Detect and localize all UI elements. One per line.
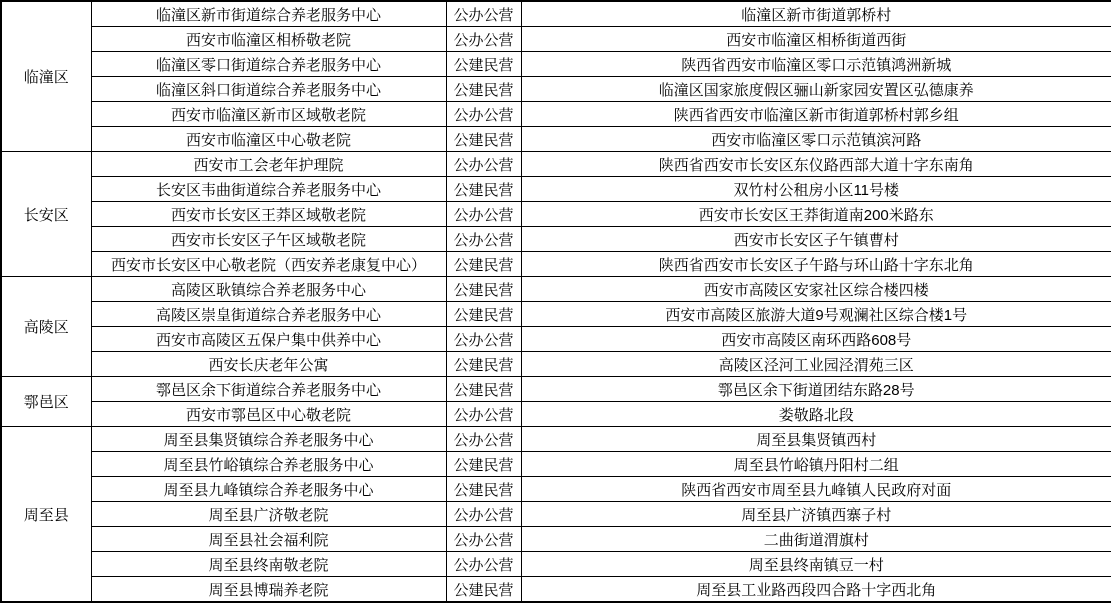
elder-care-table-sheet: 临潼区临潼区新市街道综合养老服务中心公办公营临潼区新市街道郭桥村西安市临潼区相桥…: [0, 0, 1111, 577]
ownership-type-cell: 公建民营: [446, 127, 521, 152]
ownership-type-cell: 公建民营: [446, 252, 521, 277]
ownership-type-cell: 公办公营: [446, 502, 521, 527]
ownership-type-cell: 公办公营: [446, 227, 521, 252]
facility-name-cell: 西安市临潼区中心敬老院: [91, 127, 446, 152]
facility-name-cell: 临潼区斜口街道综合养老服务中心: [91, 77, 446, 102]
address-cell: 高陵区泾河工业园泾渭苑三区: [521, 352, 1111, 377]
ownership-type-cell: 公建民营: [446, 77, 521, 102]
table-row: 周至县社会福利院公办公营二曲街道渭旗村: [1, 527, 1111, 552]
district-cell: 长安区: [1, 152, 91, 277]
address-cell: 二曲街道渭旗村: [521, 527, 1111, 552]
address-cell: 临潼区新市街道郭桥村: [521, 1, 1111, 27]
table-row: 周至县终南敬老院公办公营周至县终南镇豆一村: [1, 552, 1111, 577]
address-cell: 周至县广济镇西寨子村: [521, 502, 1111, 527]
address-cell: 临潼区国家旅度假区骊山新家园安置区弘德康养: [521, 77, 1111, 102]
facility-name-cell: 周至县竹峪镇综合养老服务中心: [91, 452, 446, 477]
ownership-type-cell: 公办公营: [446, 552, 521, 577]
table-row: 西安市长安区子午区域敬老院公办公营西安市长安区子午镇曹村: [1, 227, 1111, 252]
table-row: 西安市鄠邑区中心敬老院公办公营娄敬路北段: [1, 402, 1111, 427]
facility-name-cell: 西安市长安区中心敬老院（西安养老康复中心）: [91, 252, 446, 277]
facility-name-cell: 周至县社会福利院: [91, 527, 446, 552]
district-cell: 鄠邑区: [1, 377, 91, 427]
facility-name-cell: 长安区韦曲街道综合养老服务中心: [91, 177, 446, 202]
ownership-type-cell: 公办公营: [446, 102, 521, 127]
facility-name-cell: 临潼区零口街道综合养老服务中心: [91, 52, 446, 77]
ownership-type-cell: 公办公营: [446, 202, 521, 227]
facility-name-cell: 周至县九峰镇综合养老服务中心: [91, 477, 446, 502]
district-cell: 临潼区: [1, 1, 91, 152]
facility-name-cell: 周至县广济敬老院: [91, 502, 446, 527]
address-cell: 双竹村公租房小区11号楼: [521, 177, 1111, 202]
district-cell: 周至县: [1, 427, 91, 603]
table-row: 高陵区崇皇街道综合养老服务中心公建民营西安市高陵区旅游大道9号观澜社区综合楼1号: [1, 302, 1111, 327]
address-cell: 陕西省西安市临潼区新市街道郭桥村郭乡组: [521, 102, 1111, 127]
table-row: 西安市临潼区新市区域敬老院公办公营陕西省西安市临潼区新市街道郭桥村郭乡组: [1, 102, 1111, 127]
table-row: 临潼区斜口街道综合养老服务中心公建民营临潼区国家旅度假区骊山新家园安置区弘德康养: [1, 77, 1111, 102]
ownership-type-cell: 公办公营: [446, 427, 521, 452]
ownership-type-cell: 公建民营: [446, 177, 521, 202]
facility-name-cell: 周至县集贤镇综合养老服务中心: [91, 427, 446, 452]
facility-name-cell: 临潼区新市街道综合养老服务中心: [91, 1, 446, 27]
table-row: 周至县广济敬老院公办公营周至县广济镇西寨子村: [1, 502, 1111, 527]
ownership-type-cell: 公办公营: [446, 1, 521, 27]
table-body: 临潼区临潼区新市街道综合养老服务中心公办公营临潼区新市街道郭桥村西安市临潼区相桥…: [1, 1, 1111, 602]
table-row: 西安市长安区王莽区域敬老院公办公营西安市长安区王莽街道南200米路东: [1, 202, 1111, 227]
table-row: 长安区西安市工会老年护理院公办公营陕西省西安市长安区东仪路西部大道十字东南角: [1, 152, 1111, 177]
table-row: 周至县竹峪镇综合养老服务中心公建民营周至县竹峪镇丹阳村二组: [1, 452, 1111, 477]
address-cell: 西安市长安区子午镇曹村: [521, 227, 1111, 252]
facility-name-cell: 鄠邑区余下街道综合养老服务中心: [91, 377, 446, 402]
table-row: 西安市高陵区五保户集中供养中心公办公营西安市高陵区南环西路608号: [1, 327, 1111, 352]
ownership-type-cell: 公建民营: [446, 302, 521, 327]
facility-name-cell: 西安市长安区子午区域敬老院: [91, 227, 446, 252]
table-row: 周至县九峰镇综合养老服务中心公建民营陕西省西安市周至县九峰镇人民政府对面: [1, 477, 1111, 502]
table-row: 西安长庆老年公寓公建民营高陵区泾河工业园泾渭苑三区: [1, 352, 1111, 377]
address-cell: 西安市高陵区旅游大道9号观澜社区综合楼1号: [521, 302, 1111, 327]
address-cell: 陕西省西安市周至县九峰镇人民政府对面: [521, 477, 1111, 502]
ownership-type-cell: 公建民营: [446, 352, 521, 377]
address-cell: 鄠邑区余下街道团结东路28号: [521, 377, 1111, 402]
table-row: 高陵区高陵区耿镇综合养老服务中心公建民营西安市高陵区安家社区综合楼四楼: [1, 277, 1111, 302]
ownership-type-cell: 公建民营: [446, 477, 521, 502]
address-cell: 西安市临潼区零口示范镇滨河路: [521, 127, 1111, 152]
table-row: 鄠邑区鄠邑区余下街道综合养老服务中心公建民营鄠邑区余下街道团结东路28号: [1, 377, 1111, 402]
address-cell: 周至县终南镇豆一村: [521, 552, 1111, 577]
ownership-type-cell: 公建民营: [446, 52, 521, 77]
district-cell: 高陵区: [1, 277, 91, 377]
address-cell: 陕西省西安市临潼区零口示范镇鸿洲新城: [521, 52, 1111, 77]
facility-name-cell: 西安市临潼区相桥敬老院: [91, 27, 446, 52]
facility-name-cell: 西安市长安区王莽区域敬老院: [91, 202, 446, 227]
elder-care-table: 临潼区临潼区新市街道综合养老服务中心公办公营临潼区新市街道郭桥村西安市临潼区相桥…: [0, 0, 1111, 603]
facility-name-cell: 周至县终南敬老院: [91, 552, 446, 577]
ownership-type-cell: 公办公营: [446, 527, 521, 552]
ownership-type-cell: 公建民营: [446, 577, 521, 603]
table-row: 临潼区零口街道综合养老服务中心公建民营陕西省西安市临潼区零口示范镇鸿洲新城: [1, 52, 1111, 77]
facility-name-cell: 高陵区耿镇综合养老服务中心: [91, 277, 446, 302]
facility-name-cell: 西安长庆老年公寓: [91, 352, 446, 377]
ownership-type-cell: 公办公营: [446, 327, 521, 352]
table-row: 西安市长安区中心敬老院（西安养老康复中心）公建民营陕西省西安市长安区子午路与环山…: [1, 252, 1111, 277]
table-row: 西安市临潼区相桥敬老院公办公营西安市临潼区相桥街道西街: [1, 27, 1111, 52]
ownership-type-cell: 公建民营: [446, 452, 521, 477]
address-cell: 周至县工业路西段四合路十字西北角: [521, 577, 1111, 603]
table-row: 周至县周至县集贤镇综合养老服务中心公办公营周至县集贤镇西村: [1, 427, 1111, 452]
address-cell: 西安市临潼区相桥街道西街: [521, 27, 1111, 52]
address-cell: 西安市高陵区南环西路608号: [521, 327, 1111, 352]
address-cell: 陕西省西安市长安区子午路与环山路十字东北角: [521, 252, 1111, 277]
facility-name-cell: 西安市临潼区新市区域敬老院: [91, 102, 446, 127]
table-row: 西安市临潼区中心敬老院公建民营西安市临潼区零口示范镇滨河路: [1, 127, 1111, 152]
address-cell: 陕西省西安市长安区东仪路西部大道十字东南角: [521, 152, 1111, 177]
table-row: 临潼区临潼区新市街道综合养老服务中心公办公营临潼区新市街道郭桥村: [1, 1, 1111, 27]
facility-name-cell: 周至县博瑞养老院: [91, 577, 446, 603]
address-cell: 西安市长安区王莽街道南200米路东: [521, 202, 1111, 227]
table-row: 周至县博瑞养老院公建民营周至县工业路西段四合路十字西北角: [1, 577, 1111, 603]
ownership-type-cell: 公办公营: [446, 402, 521, 427]
facility-name-cell: 西安市工会老年护理院: [91, 152, 446, 177]
ownership-type-cell: 公建民营: [446, 277, 521, 302]
address-cell: 周至县竹峪镇丹阳村二组: [521, 452, 1111, 477]
ownership-type-cell: 公办公营: [446, 27, 521, 52]
address-cell: 娄敬路北段: [521, 402, 1111, 427]
address-cell: 周至县集贤镇西村: [521, 427, 1111, 452]
ownership-type-cell: 公建民营: [446, 377, 521, 402]
address-cell: 西安市高陵区安家社区综合楼四楼: [521, 277, 1111, 302]
facility-name-cell: 西安市鄠邑区中心敬老院: [91, 402, 446, 427]
ownership-type-cell: 公办公营: [446, 152, 521, 177]
table-row: 长安区韦曲街道综合养老服务中心公建民营双竹村公租房小区11号楼: [1, 177, 1111, 202]
facility-name-cell: 高陵区崇皇街道综合养老服务中心: [91, 302, 446, 327]
facility-name-cell: 西安市高陵区五保户集中供养中心: [91, 327, 446, 352]
